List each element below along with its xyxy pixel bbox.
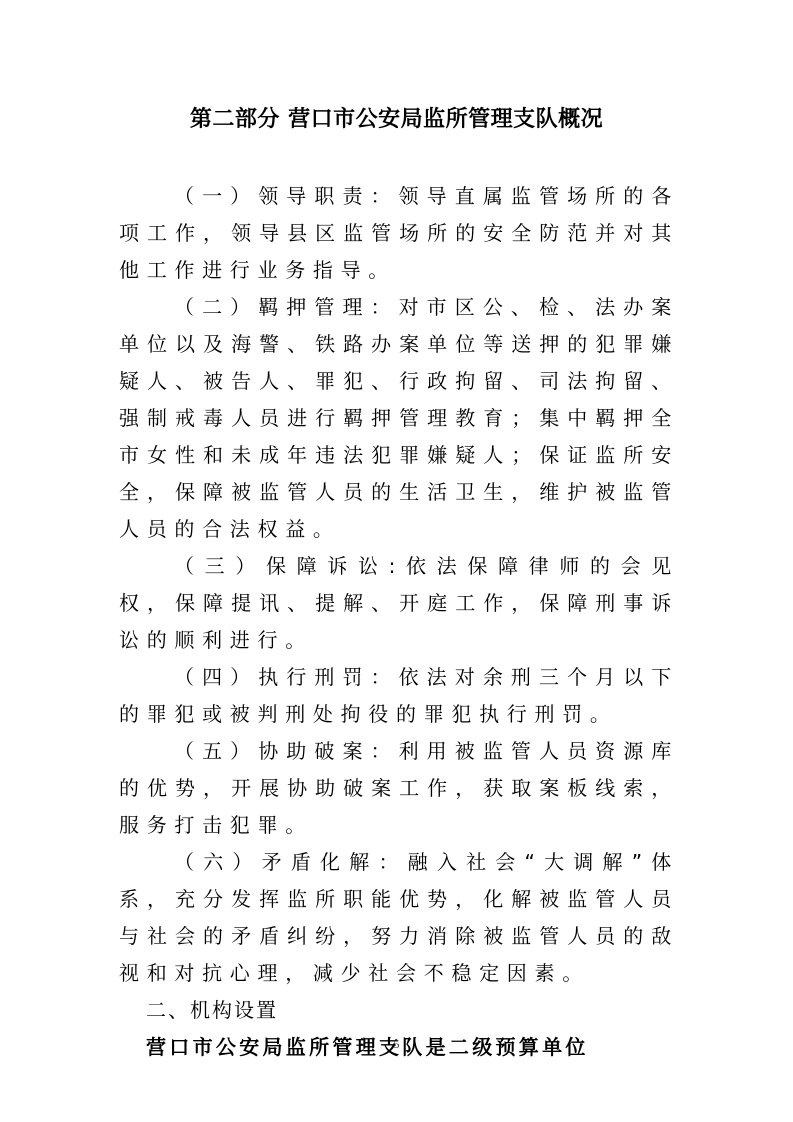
page-number: 5 (0, 1037, 793, 1052)
document-page: 第二部分 营口市公安局监所管理支队概况 （一）领导职责：领导直属监管场所的各项工… (0, 0, 793, 1122)
document-body: （一）领导职责：领导直属监管场所的各项工作，领导县区监管场所的安全防范并对其他工… (119, 178, 679, 1066)
section-heading-organization: 二、机构设置 (119, 992, 679, 1029)
page-title: 第二部分 营口市公安局监所管理支队概况 (0, 100, 793, 140)
paragraph-conflict-resolution: （六）矛盾化解：融入社会“大调解”体系，充分发挥监所职能优势，化解被监管人员与社… (119, 844, 679, 992)
paragraph-detention-management: （二）羁押管理：对市区公、检、法办案单位以及海警、铁路办案单位等送押的犯罪嫌疑人… (119, 289, 679, 548)
paragraph-litigation-support: （三）保障诉讼:依法保障律师的会见权，保障提讯、提解、开庭工作，保障刑事诉讼的顺… (119, 548, 679, 659)
paragraph-case-assistance: （五）协助破案：利用被监管人员资源库的优势，开展协助破案工作，获取案板线索，服务… (119, 733, 679, 844)
paragraph-penalty-execution: （四）执行刑罚：依法对余刑三个月以下的罪犯或被判刑处拘役的罪犯执行刑罚。 (119, 659, 679, 733)
paragraph-leadership-duties: （一）领导职责：领导直属监管场所的各项工作，领导县区监管场所的安全防范并对其他工… (119, 178, 679, 289)
